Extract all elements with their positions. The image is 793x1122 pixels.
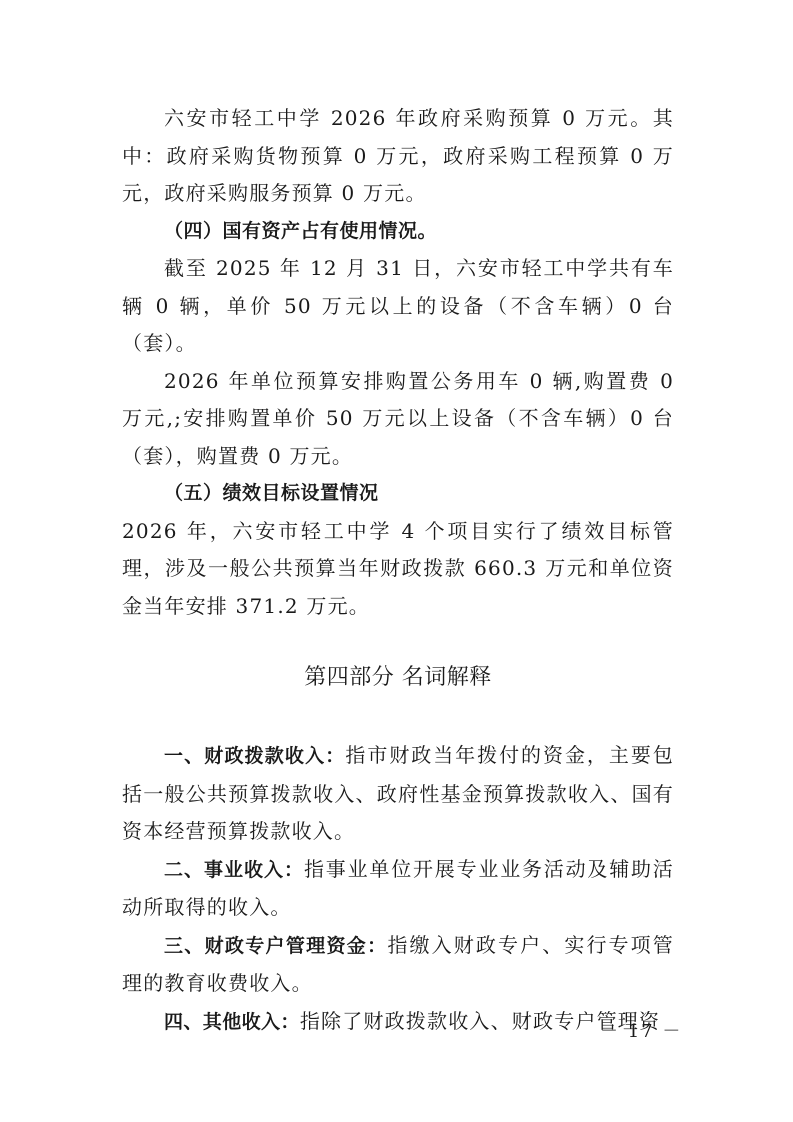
performance-paragraph: 2026 年，六安市轻工中学 4 个项目实行了绩效目标管理，涉及一般公共预算当年… [122,513,674,626]
procurement-paragraph: 六安市轻工中学 2026 年政府采购预算 0 万元。其中：政府采购货物预算 0 … [122,100,674,213]
term-label: 三、财政专户管理资金： [164,935,387,957]
page-number: － 17 － [600,1017,682,1043]
term-fiscal-appropriation: 一、财政拨款收入：指市财政当年拨付的资金，主要包括一般公共预算拨款收入、政府性基… [122,737,674,851]
purchase-plan-paragraph: 2026 年单位预算安排购置公务用车 0 辆,购置费 0 万元,;安排购置单价 … [122,363,674,476]
term-special-account-funds: 三、财政专户管理资金：指缴入财政专户、实行专项管理的教育收费收入。 [122,927,674,1003]
term-label: 一、财政拨款收入： [164,745,345,767]
part-four-title: 第四部分 名词解释 [122,663,674,693]
section-heading-performance-goals: （五）绩效目标设置情况 [122,475,674,513]
document-page: 六安市轻工中学 2026 年政府采购预算 0 万元。其中：政府采购货物预算 0 … [122,100,674,1041]
term-other-income: 四、其他收入：指除了财政拨款收入、财政专户管理资 [122,1003,674,1042]
term-label: 二、事业收入： [164,859,304,881]
section-heading-state-assets: （四）国有资产占有使用情况。 [122,213,674,251]
term-label: 四、其他收入： [164,1011,300,1033]
vehicles-paragraph: 截至 2025 年 12 月 31 日，六安市轻工中学共有车辆 0 辆，单价 5… [122,250,674,363]
term-business-income: 二、事业收入：指事业单位开展专业业务活动及辅助活动所取得的收入。 [122,851,674,927]
